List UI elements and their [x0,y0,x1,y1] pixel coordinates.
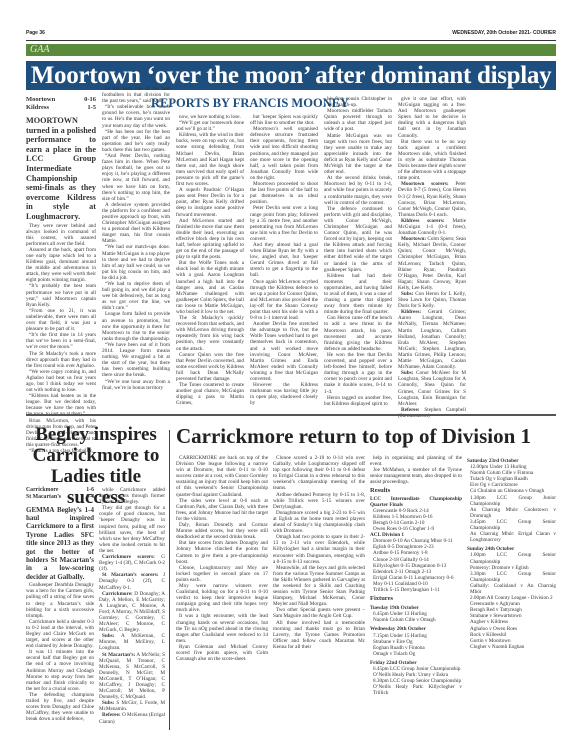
paragraph: The sides were level at 0-6 each at Gard… [176,498,268,522]
article-column-1: Moortown0-16 Kildress1-5 MOORTOWN turned… [26,96,96,454]
paragraph: Peter Devlin sent over a long range poin… [250,205,318,242]
division-column-1: CARRICKMORE are back on top of the Divis… [176,455,268,662]
paragraph: However the Kildress marksman was having… [250,382,318,406]
paragraph: Meanwhile, all the boys and girls select… [273,565,365,608]
fixtures-list: Saturday 23rd October12.00pm Under 13 Hu… [467,458,556,650]
paragraph: It was a tight encounter, with the lead … [176,613,268,643]
article-body: give it one last effort, with McGuigan t… [398,96,466,419]
paragraph: “It’s the first time in 14 years that we… [26,332,96,350]
score-row: Kildress1-5 [26,104,96,112]
score-row: Carrickmore1-6 [26,487,94,494]
paragraph: Mattie McGuigan was on target with two m… [324,133,392,176]
results-group-heading: LCC Intermediate Championship Quarter Fi… [370,496,462,508]
page-header: Page 36 WEDNESDAY, 20th October 2021- CO… [26,30,556,41]
score-row: St Macartan’s0-4 [26,494,94,501]
scoreline: Carrickmore1-6 St Macartan’s0-4 [26,487,94,501]
paragraph: Kildress had had their moments and their… [324,273,392,316]
paragraph: CARRICKMORE are back on top of the Divis… [176,455,268,498]
newspaper-page: Page 36 WEDNESDAY, 20th October 2021- CO… [26,0,556,737]
paragraph: Referee: Stephen Campbell (Stewartstown) [398,407,466,419]
paragraph: Subs: Conor McAleer for M Loughran, Shea… [398,370,466,407]
paragraph: Clonoe, Loughmacrory and Moy are locked … [176,565,268,583]
paragraph: The St Malachy’s took a more direct appr… [26,351,96,369]
ladies-column-1: Carrickmore1-6 St Macartan’s0-4 GEMMA Be… [26,487,94,722]
results-column: help in organising and planning of the e… [370,455,462,696]
section-divider [26,414,556,416]
fixture-line: Galbally: Coalisland v An Charraig Mhór [467,583,556,595]
article-body: now, we have nothing to lose.“We’ll get … [176,114,244,407]
paragraph: Two other Special guests were present – … [273,607,365,619]
paragraph: Moy were narrow winners over Coalisland,… [176,583,268,613]
article-body: he has been one of the best footballers … [102,86,170,391]
paragraph: The defence continued to perform with gr… [324,206,392,273]
issue-date: WEDNESDAY, 20th October 2021- COURIER [452,30,556,36]
division-column-2: Clonoe scored a 2-18 to 0-14 win over Ga… [273,455,365,650]
article-column-4: but ’keeper Spiers was quickly off his l… [250,114,318,407]
paragraph: Ryan Coleman and Michael Conroy scored f… [176,644,268,662]
paragraph: Moortown midfielder Tarlach Quinn powere… [324,108,392,132]
paragraph: Clonoe scored a 2-18 to 0-14 win over Ga… [273,455,365,492]
paragraph: Moortown scorers: Peter Devlin 0-7 (5 fr… [398,181,466,218]
fixture-line: Naomh Colum Cille v Omagh [370,617,462,623]
paragraph: Heron tagged on another free, but Kildre… [324,395,392,407]
paragraph: At the second drinks break, Moortown led… [324,175,392,205]
article-column-6: give it one last effort, with McGuigan t… [398,96,466,419]
paragraph: Moortown proceeded to shoot the last fiv… [250,181,318,205]
paragraph: All those involved had a memorable morni… [273,620,365,650]
paragraph: Subs: S McGirr, L Forde, M McMenamin. [99,700,165,712]
paragraph: Joe McMahon, a member of the Tyrone seni… [370,467,462,485]
article-body: They were never behind and always looked… [26,223,96,455]
fixtures-title: Fixtures [370,596,462,602]
paragraph: Kildress scorers: Mattie McGuigan 1-4 (0… [398,218,466,236]
paragraph: But late scores from James Donaghy and J… [176,540,268,564]
paragraph: but ’keeper Spiers was quickly off his l… [250,114,318,126]
paragraph: while Carrickmore added further points t… [99,487,165,505]
article-body: Goalkeeper Dearbhla Donaghy was a hero f… [26,582,94,722]
paragraph: “We’re one hour away from a final, we’re… [102,379,170,391]
article-body: while Carrickmore added further points t… [99,487,165,725]
column-divider [169,430,170,730]
paragraph: “We have been out of it from 2014. Leagu… [102,342,170,379]
paragraph: Donaghmore scored a big 2-23 to 0-5 win … [273,510,365,534]
paragraph: “We were cagey coming in, and Aghaloo ha… [26,369,96,393]
article-intro: GEMMA Begley’s 1-4 haul inspired Carrick… [26,506,94,582]
article-body: CARRICKMORE are back on top of the Divis… [176,455,268,662]
fixture-line: An Charraig Mhór: Errigal Ciaran v Lough… [467,531,556,543]
result-line: Errigal Ciaran 0-11 Loughmacrory 0-6 [370,575,462,581]
results-list: LCC Intermediate Championship Quarter Fi… [370,496,462,594]
paragraph: Subs: Con Heron for L Kelly, Shea Lawn f… [398,291,466,309]
paragraph: Goalkeeper Dearbhla Donaghy was a hero f… [26,582,94,619]
result-line: Trillick 5-15 Derrylaughan 1-11 [370,587,462,593]
paragraph: Con Heron came off the bench to add a ne… [324,315,392,352]
article-column-3: now, we have nothing to lose.“We’ll get … [176,114,244,407]
paragraph: help in organising and planning of the e… [370,455,462,467]
paragraph: Subs: A McKernan, C Monroe, M McElroy, L… [99,633,165,651]
paragraph: The Tones countered to create another go… [176,382,244,406]
article-intro: MOORTOWN turned in a polished performanc… [26,116,96,222]
page-number: Page 36 [26,30,45,36]
paragraph: But the Wolfe Tones took a shock lead in… [176,260,244,315]
paragraph: St Macartan’s: A McNelis; S McQuaid, M T… [99,652,165,701]
paragraph: his first cousin Christopher in a key ma… [324,96,392,108]
paragraph: But there was to be no way back against … [398,139,466,182]
paragraph: “It’s probably the best team performance… [26,283,96,307]
ladies-column-2: while Carrickmore added further points t… [99,487,165,725]
results-title: Results [370,488,462,494]
paragraph: Once again McLernon scythed through the … [250,279,318,322]
paragraph: “We had our match-ups done. Mattie McGui… [102,244,170,281]
paragraph: “And Peter Devlin, nothing fazes him in … [102,153,170,202]
article-body: Clonoe scored a 2-18 to 0-14 win over Ga… [273,455,365,650]
paragraph: Kildress: Gerard Grimes; Aaron Loughran,… [398,309,466,370]
article-body: but ’keeper Spiers was quickly off his l… [250,114,318,407]
paragraph: League form failed to provide an avenue … [102,311,170,341]
paragraph: A defensive system provided the platform… [102,202,170,245]
fixture-line: 1.00pm LCC Group Senior Championship [467,552,556,564]
paragraph: Referee: O McKenna (Errigal Ciaran) [99,712,165,724]
paragraph: Omagh had two points to spare in their 2… [273,534,365,564]
fixture-line: Cú Chulainn an Ghleanna v Omagh [467,488,556,494]
paragraph: It was 11 minutes into the second half t… [26,649,94,692]
paragraph: Daly, Ronan Donnelly and Cormac Munroe a… [176,522,268,540]
paragraph: Assured at the back, apart from one earl… [26,247,96,284]
paragraph: Moortown: Colm Spiers; Sean Kelly, Micha… [398,236,466,291]
score-row: Moortown0-16 [26,96,96,104]
paragraph: “He has been out for the best part of th… [102,129,170,153]
paragraph: Moortown’s well organised defensive stru… [250,126,318,181]
paragraph: The St Malachy’s quickly recovered from … [176,315,244,352]
section-label: GAA [26,44,556,56]
paragraph: Carrickmore: D Donaghy; A Daly, A Mellon… [99,591,165,634]
fixture-line: Omagh v Tulach Og [370,651,462,657]
division-headline: Carrickmore return to top of Division 1 [176,424,556,448]
paragraph: “From one to 21, it was unbelievable, th… [26,308,96,332]
paragraph: And they almost had a goal when Blaine R… [250,242,318,279]
article-body: help in organising and planning of the e… [370,455,462,485]
paragraph: And McLernon started and finished the mo… [176,218,244,261]
paragraph: The defending champions trailed by five,… [26,692,94,722]
paragraph: St Macartan’s scorers: J Donaghy 0-3 (2f… [99,572,165,590]
fixture-line: 3.45pm LCC Group Senior Championship [467,519,556,531]
paragraph: A superb Paudraic O’Hagan pass sent Pete… [176,187,244,217]
paragraph: They did get through for a couple of goo… [99,505,165,554]
fixtures-column: Saturday 23rd October12.00pm Under 13 Hu… [467,455,556,650]
article-column-5: his first cousin Christopher in a key ma… [324,96,392,407]
fixture-line: 3.30pm LCC Group Senior Championship [467,571,556,583]
paragraph: Another Devlin free stretched the advant… [250,321,318,382]
paragraph: Carrickmore scorers: G Begley 1-4 (3f), … [99,554,165,572]
byline: REPORTS BY FRANCIS MOONEY [151,96,349,111]
paragraph: Kildress, with the wind in their backs, … [176,132,244,187]
article-body: his first cousin Christopher in a key ma… [324,96,392,407]
fixture-line: 1.30pm LCC Group Junior Championship [467,495,556,507]
paragraph: “We had to deprive them of ball going in… [102,281,170,311]
paragraph: They were never behind and always looked… [26,223,96,247]
paragraph: give it one last effort, with McGuigan t… [398,96,466,139]
fixture-line: An Charraig Mhór: Cookstown v Drumragh [467,507,556,519]
article-column-2: he has been one of the best footballers … [102,86,170,391]
paragraph: Carrickmore held a slender 0-3 to 0-2 le… [26,619,94,649]
fixture-line: Clogher v Naomh Eoghan [467,644,556,650]
paragraph: “We’ll get our homework done and we’ll g… [176,120,244,132]
paragraph: Ardboe defeated Pomeroy by 0-15 to 1-8, … [273,492,365,510]
scoreline: Moortown0-16 Kildress1-5 [26,96,96,111]
fixture-line: O’Neills Healy Park: Killyclogher v Tril… [370,684,462,696]
fixtures-list: Tuesday 19th October6.45pm Under 13 Hurl… [370,605,462,696]
paragraph: Connor Quinn won the free that Peter Dev… [176,352,244,382]
paragraph: He won the free that Devlin converted, a… [324,352,392,395]
